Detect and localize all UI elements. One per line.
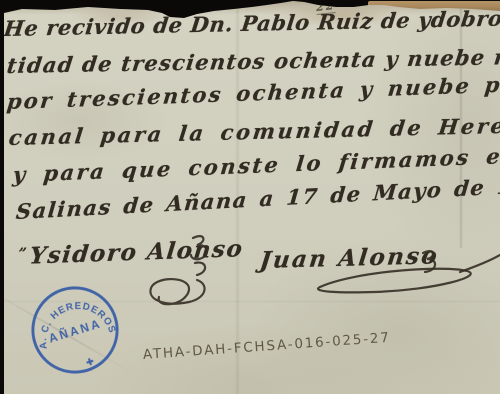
signature-ysidoro-alonso: ”Ysidoro Alonso xyxy=(17,235,245,270)
manuscript-line: canal para la comunidad de Herederos xyxy=(8,111,500,150)
signature-prefix-mark: ” xyxy=(17,246,28,262)
document-scan: 22 28 He recivido de Dn. Pablo Ruiz de y… xyxy=(0,0,500,394)
signature-name: Ysidoro Alonso xyxy=(28,235,245,269)
heirs-community-stamp: A. C. HEREDEROS SALINAS AÑANA ✚ xyxy=(16,271,133,388)
archive-reference-code: ATHA-DAH-FCHSA-016-025-27 xyxy=(142,330,391,363)
receipt-paper: 22 28 He recivido de Dn. Pablo Ruiz de y… xyxy=(0,0,500,394)
signature-juan-alonso: Juan Alonso xyxy=(258,242,440,274)
signature-name: Juan Alonso xyxy=(258,242,440,274)
manuscript-line: tidad de trescientos ochenta y nuebe rea… xyxy=(5,43,500,78)
stamp-ring-text: A. C. HEREDEROS SALINAS xyxy=(16,271,118,358)
manuscript-line: He recivido de Dn. Pablo Ruiz de ydobro … xyxy=(3,4,500,41)
